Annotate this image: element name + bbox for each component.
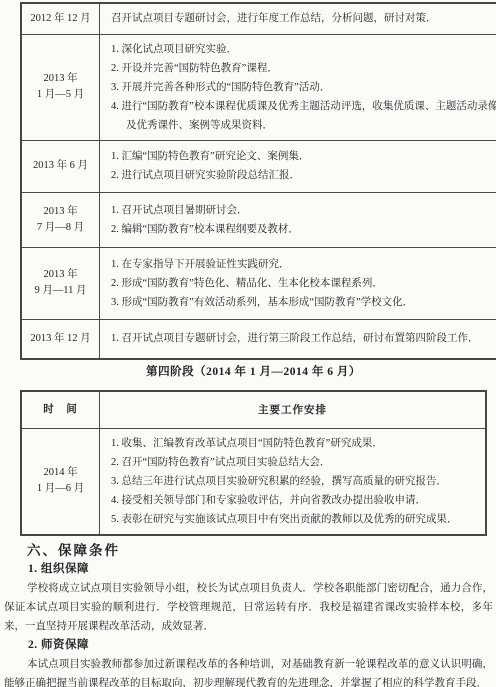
- time-cell: 2013 年 9 月—11 月: [21, 247, 100, 319]
- section-title: 六、保障条件: [4, 541, 493, 560]
- subsection-organization-text: 学校将成立试点项目实验领导小组，校长为试点项目负责人．学校各职能部门密切配合，通…: [4, 579, 493, 636]
- time-text: 2014 年: [23, 465, 98, 481]
- table-row: 2013 年 1 月—5 月 1. 深化试点项目研究实验． 2. 开设并完善“国…: [21, 34, 496, 140]
- tasks-cell: 1. 收集、汇编教育改革试点项目“国防特色教育”研究成果． 2. 召开“国防特色…: [100, 428, 487, 535]
- time-text: 2013 年: [23, 267, 98, 283]
- time-text: 2013 年: [23, 204, 98, 220]
- table-row: 2013 年 9 月—11 月 1. 在专家指导下开展验证性实践研究． 2. 形…: [21, 247, 496, 319]
- table-row: 2012 年 12 月 召开试点项目专题研讨会，进行年度工作总结，分析问题，研讨…: [21, 3, 496, 34]
- tasks-cell: 1. 召开试点项目专题研讨会，进行第三阶段工作总结，研讨布置第四阶段工作．: [100, 319, 496, 359]
- time-text: 7 月—8 月: [23, 220, 98, 236]
- time-text: 2012 年 12 月: [23, 11, 98, 27]
- task-line: 2. 进行试点项目研究实验阶段总结汇报．: [111, 166, 496, 185]
- subsection-teachers-text: 本试点项目实验教师都参加过新课程改革的各种培训，对基础教育新一轮课程改革的意义认…: [4, 655, 493, 687]
- time-cell: 2013 年 6 月: [21, 140, 100, 192]
- task-line: 1. 在专家指导下开展验证性实践研究．: [111, 255, 496, 274]
- time-text: 2013 年: [23, 71, 98, 87]
- time-text: 2013 年 6 月: [23, 158, 98, 174]
- task-line: 2. 开设并完善“国防特色教育”课程．: [111, 59, 496, 78]
- task-line: 1. 召开试点项目暑期研讨会．: [111, 201, 496, 220]
- time-text: 9 月—11 月: [23, 283, 98, 299]
- time-text: 1 月—5 月: [23, 87, 98, 103]
- tasks-cell: 1. 深化试点项目研究实验． 2. 开设并完善“国防特色教育”课程． 3. 开展…: [100, 34, 496, 140]
- task-line: 1. 深化试点项目研究实验．: [111, 40, 496, 59]
- task-line: 2. 形成“国防教育”特色化、精品化、生本化校本课程系列．: [111, 274, 496, 293]
- table-header-row: 时 间 主要工作安排: [21, 391, 486, 428]
- time-cell: 2012 年 12 月: [21, 3, 100, 34]
- task-line: 3. 形成“国防教育”有效活动系列，基本形成“国防教育”学校文化．: [111, 293, 496, 312]
- tasks-cell: 1. 在专家指导下开展验证性实践研究． 2. 形成“国防教育”特色化、精品化、生…: [100, 247, 496, 319]
- task-line: 2. 召开“国防特色教育”试点项目实验总结大会．: [111, 453, 477, 472]
- tasks-cell: 召开试点项目专题研讨会，进行年度工作总结，分析问题，研讨对策．: [100, 3, 496, 34]
- task-line: 4. 进行“国防教育”校本课程优质课及优秀主题活动评选，收集优质课、主题活动录像…: [111, 97, 496, 135]
- stage4-schedule-table: 时 间 主要工作安排 2014 年 1 月—6 月 1. 收集、汇编教育改革试点…: [20, 390, 487, 536]
- task-line: 2. 编辑“国防教育”校本课程纲要及教材．: [111, 220, 496, 239]
- table-row: 2014 年 1 月—6 月 1. 收集、汇编教育改革试点项目“国防特色教育”研…: [21, 428, 486, 535]
- tasks-cell: 1. 召开试点项目暑期研讨会． 2. 编辑“国防教育”校本课程纲要及教材．: [100, 192, 496, 247]
- stage4-heading: 第四阶段（2014 年 1 月—2014 年 6 月）: [20, 363, 487, 379]
- task-line: 召开试点项目专题研讨会，进行年度工作总结，分析问题，研讨对策．: [111, 9, 496, 28]
- time-text: 2013 年 12 月: [23, 331, 98, 347]
- task-line: 4. 接受相关领导部门和专家验收评估，并向省教改办提出验收申请．: [111, 491, 477, 510]
- time-cell: 2014 年 1 月—6 月: [21, 428, 100, 535]
- section-guarantee-conditions: 六、保障条件 1. 组织保障 学校将成立试点项目实验领导小组，校长为试点项目负责…: [4, 541, 493, 687]
- time-cell: 2013 年 1 月—5 月: [21, 34, 100, 140]
- header-work: 主要工作安排: [100, 391, 487, 428]
- table-row: 2013 年 7 月—8 月 1. 召开试点项目暑期研讨会． 2. 编辑“国防教…: [21, 192, 496, 247]
- table-row: 2013 年 6 月 1. 汇编“国防特色教育”研究论文、案例集． 2. 进行试…: [21, 140, 496, 192]
- tasks-cell: 1. 汇编“国防特色教育”研究论文、案例集． 2. 进行试点项目研究实验阶段总结…: [100, 140, 496, 192]
- task-line: 1. 汇编“国防特色教育”研究论文、案例集．: [111, 147, 496, 166]
- task-line: 1. 收集、汇编教育改革试点项目“国防特色教育”研究成果．: [111, 434, 477, 453]
- subsection-teachers-title: 2. 师资保障: [4, 636, 493, 655]
- header-time: 时 间: [21, 391, 100, 428]
- task-line: 3. 总结三年进行试点项目实验研究积累的经验，撰写高质量的研究报告．: [111, 472, 477, 491]
- subsection-organization-title: 1. 组织保障: [4, 560, 493, 579]
- time-cell: 2013 年 7 月—8 月: [21, 192, 100, 247]
- task-line: 3. 开展并完善各种形式的“国防特色教育”活动．: [111, 78, 496, 97]
- time-text: 1 月—6 月: [23, 481, 98, 497]
- stage3-schedule-table: 2012 年 12 月 召开试点项目专题研讨会，进行年度工作总结，分析问题，研讨…: [20, 2, 496, 360]
- task-line: 1. 召开试点项目专题研讨会，进行第三阶段工作总结，研讨布置第四阶段工作．: [111, 329, 496, 348]
- task-line: 5. 表彰在研究与实施该试点项目中有突出贡献的教师以及优秀的研究成果．: [111, 510, 477, 529]
- table-row: 2013 年 12 月 1. 召开试点项目专题研讨会，进行第三阶段工作总结，研讨…: [21, 319, 496, 359]
- scanned-document-page: 2012 年 12 月 召开试点项目专题研讨会，进行年度工作总结，分析问题，研讨…: [0, 0, 496, 687]
- time-cell: 2013 年 12 月: [21, 319, 100, 359]
